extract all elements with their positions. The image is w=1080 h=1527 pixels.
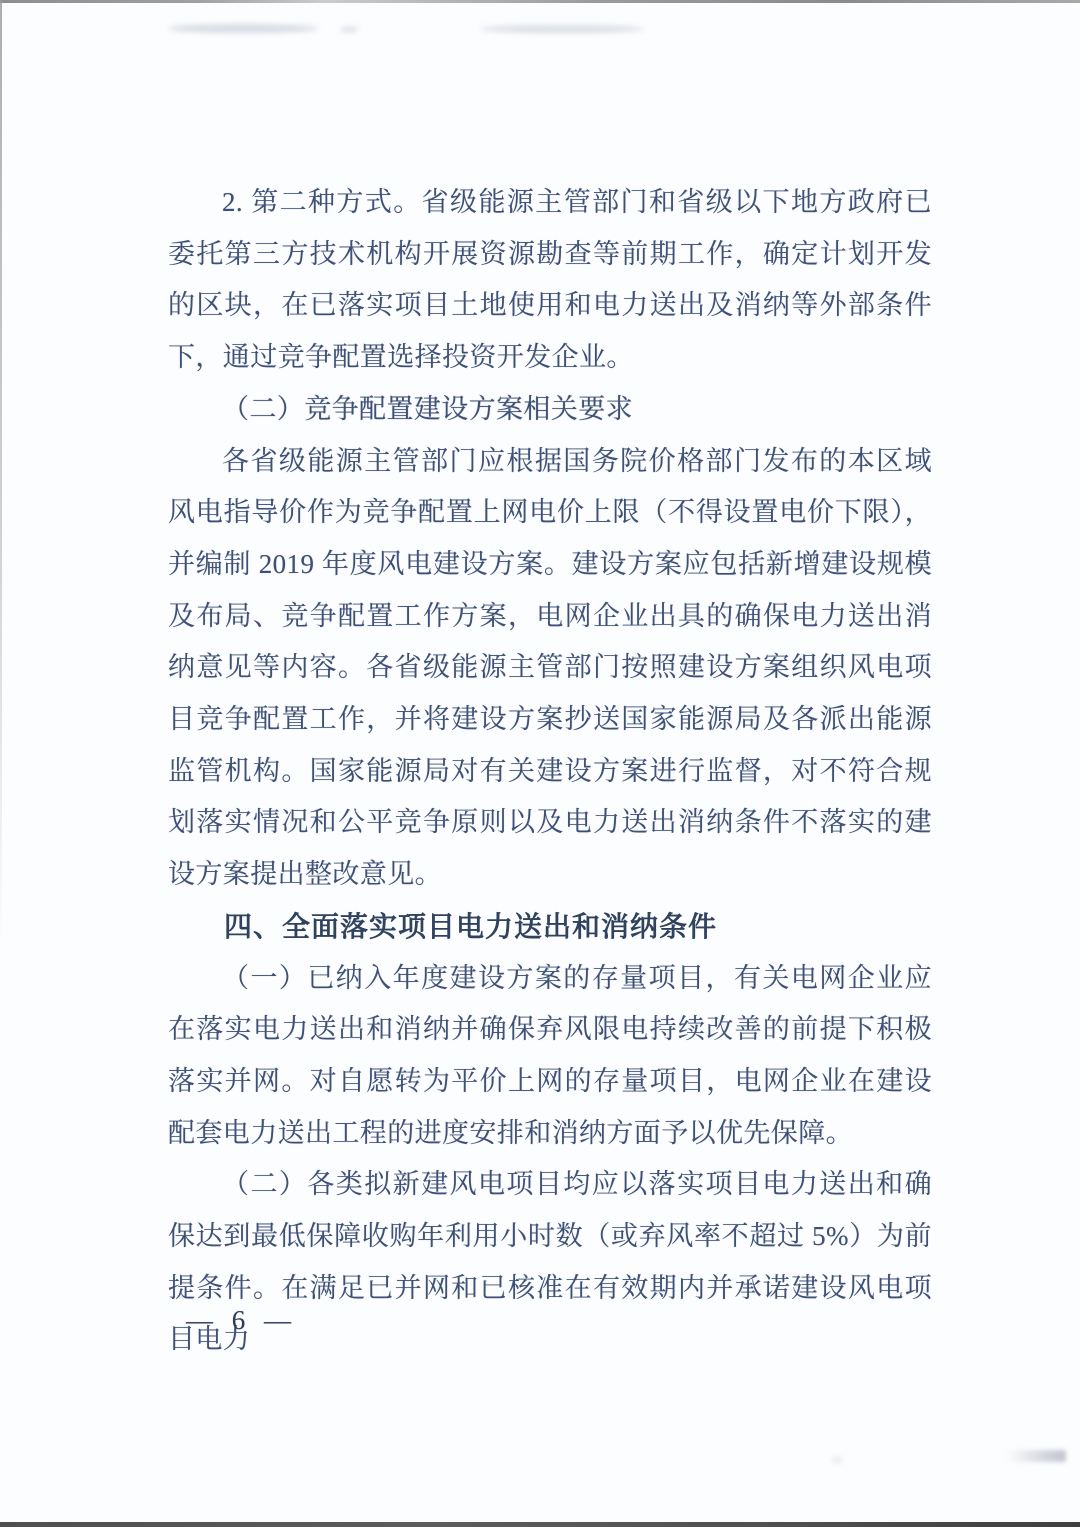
scan-smudge	[1006, 1450, 1066, 1462]
paragraph-provincial-energy-plan: 各省级能源主管部门应根据国务院价格部门发布的本区域风电指导价作为竞争配置上网电价…	[168, 436, 932, 901]
subsection-heading-competitive-allocation: （二）竞争配置建设方案相关要求	[168, 384, 932, 436]
paragraph-existing-projects: （一）已纳入年度建设方案的存量项目，有关电网企业应在落实电力送出和消纳并确保弃风…	[168, 953, 932, 1160]
scan-edge-bottom	[0, 1522, 1080, 1527]
scanned-document-page: 2. 第二种方式。省级能源主管部门和省级以下地方政府已委托第三方技术机构开展资源…	[0, 0, 1080, 1527]
section-heading-four: 四、全面落实项目电力送出和消纳条件	[168, 901, 932, 953]
scan-smudge	[480, 25, 645, 33]
document-text-block: 2. 第二种方式。省级能源主管部门和省级以下地方政府已委托第三方技术机构开展资源…	[168, 177, 932, 1366]
scan-smudge	[832, 1458, 842, 1462]
scan-edge-top	[0, 0, 1080, 3]
page-number: — 6 —	[186, 1305, 297, 1336]
scan-smudge	[340, 27, 358, 32]
scan-edge-left	[0, 0, 2, 947]
paragraph-second-method: 2. 第二种方式。省级能源主管部门和省级以下地方政府已委托第三方技术机构开展资源…	[168, 177, 932, 384]
scan-smudge	[168, 24, 318, 33]
